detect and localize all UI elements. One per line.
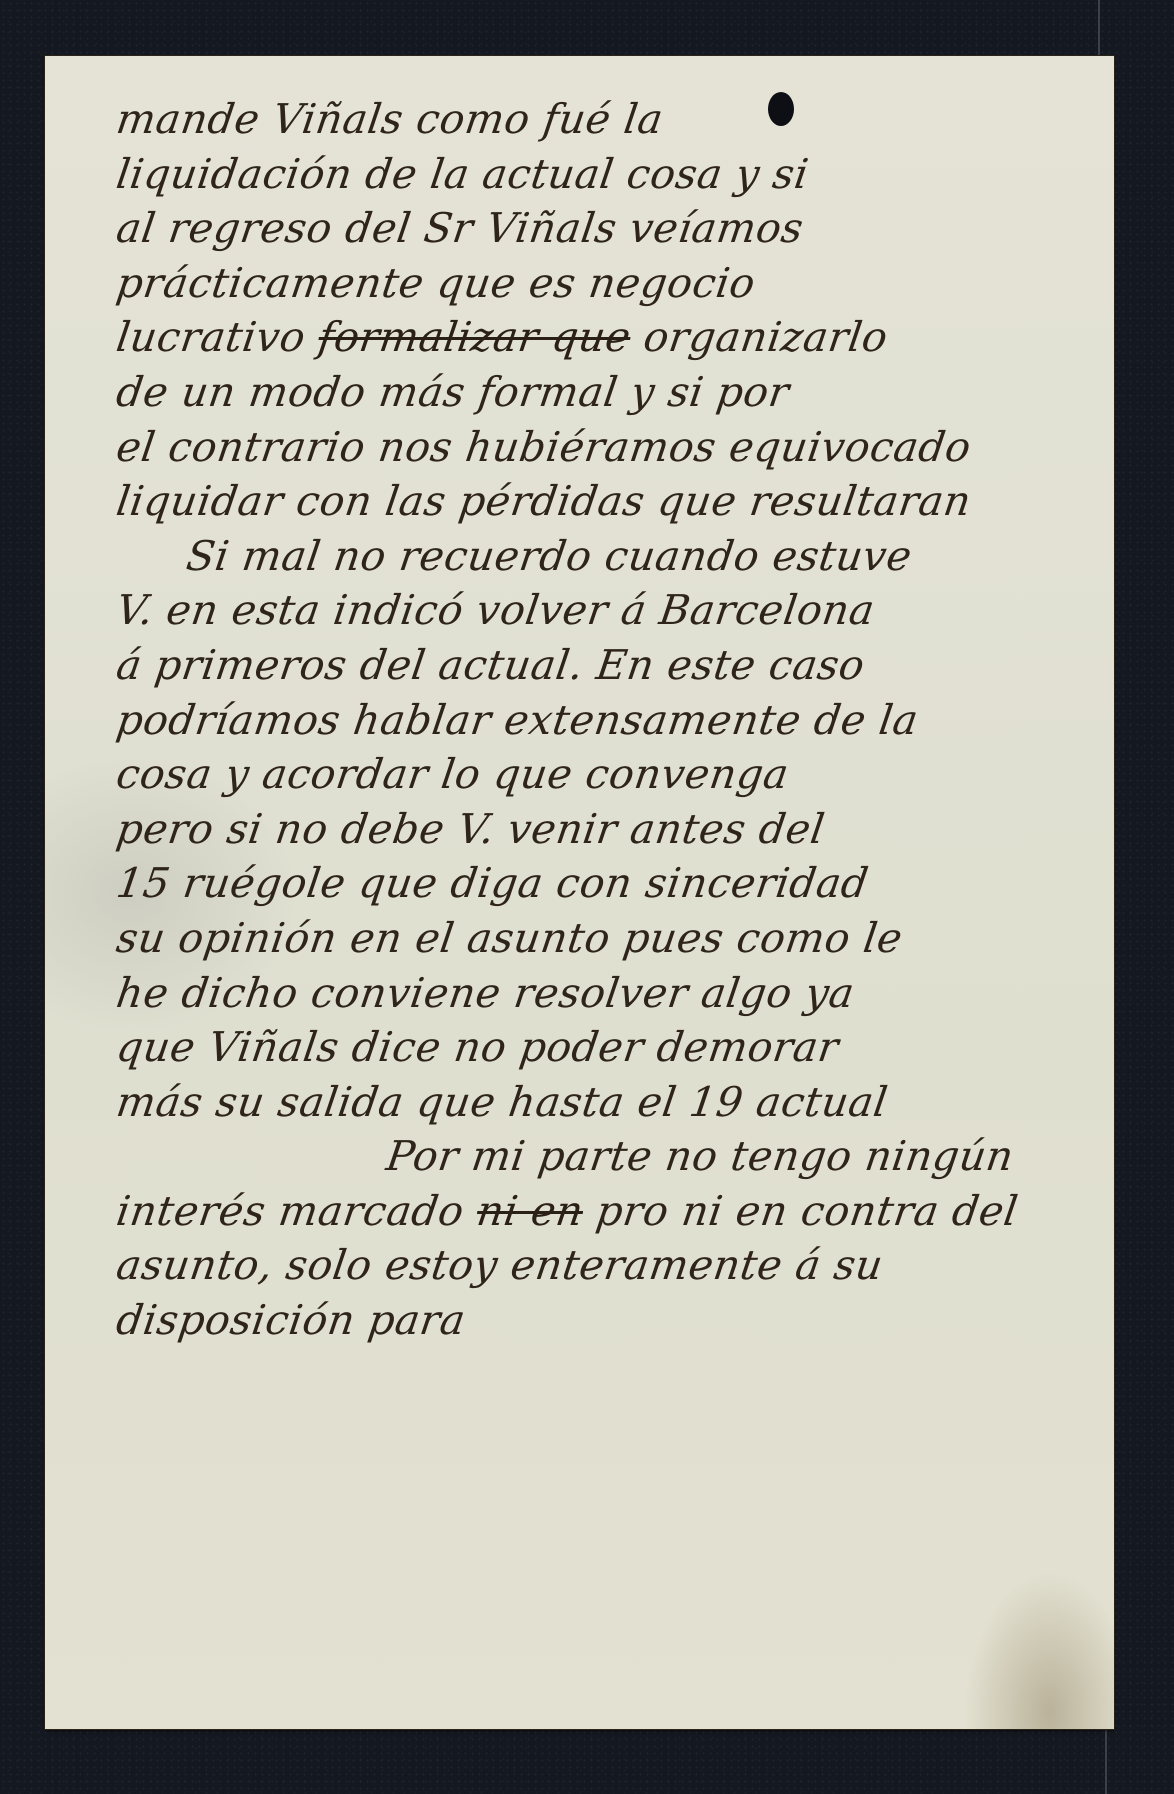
letter-page: mande Viñals como fué la liquidación de …	[45, 56, 1114, 1729]
struck-out-text: formalizar que	[316, 313, 634, 361]
letter-line-11: á primeros del actual. En este caso	[113, 638, 1111, 693]
letter-line-22: asunto, solo estoy enteramente á su	[113, 1238, 1111, 1293]
backing-crease-bottom	[1105, 1730, 1107, 1794]
letter-line-1: mande Viñals como fué la	[113, 92, 1111, 147]
backing-crease-top	[1098, 0, 1100, 58]
letter-line-23: disposición para	[113, 1293, 1111, 1348]
letter-line-13: cosa y acordar lo que convenga	[113, 747, 1111, 802]
letter-line-20: Por mi parte no tengo ningún	[113, 1129, 1111, 1184]
letter-line-16: su opinión en el asunto pues como le	[113, 911, 1111, 966]
letter-line-3: al regreso del Sr Viñals veíamos	[113, 201, 1111, 256]
struck-out-text: ni en	[474, 1187, 586, 1235]
letter-line-15: 15 ruégole que diga con sinceridad	[113, 856, 1111, 911]
letter-line-4: prácticamente que es negocio	[113, 256, 1111, 311]
letter-line-8: liquidar con las pérdidas que resultaran	[113, 474, 1111, 529]
letter-line-10: V. en esta indicó volver á Barcelona	[113, 583, 1111, 638]
letter-body: mande Viñals como fué la liquidación de …	[113, 92, 1103, 1348]
letter-line-19: más su salida que hasta el 19 actual	[113, 1075, 1111, 1130]
letter-line-17: he dicho conviene resolver algo ya	[113, 966, 1111, 1021]
letter-line-14: pero si no debe V. venir antes del	[113, 802, 1111, 857]
letter-line-7: el contrario nos hubiéramos equivocado	[113, 420, 1111, 475]
letter-line-18: que Viñals dice no poder demorar	[113, 1020, 1111, 1075]
letter-line-21: interés marcado ni en pro ni en contra d…	[113, 1184, 1111, 1239]
letter-line-5: lucrativo formalizar que organizarlo	[113, 310, 1111, 365]
letter-line-6: de un modo más formal y si por	[113, 365, 1111, 420]
letter-line-12: podríamos hablar extensamente de la	[113, 693, 1111, 748]
letter-line-2: liquidación de la actual cosa y si	[113, 147, 1111, 202]
letter-line-9: Si mal no recuerdo cuando estuve	[113, 529, 1111, 584]
